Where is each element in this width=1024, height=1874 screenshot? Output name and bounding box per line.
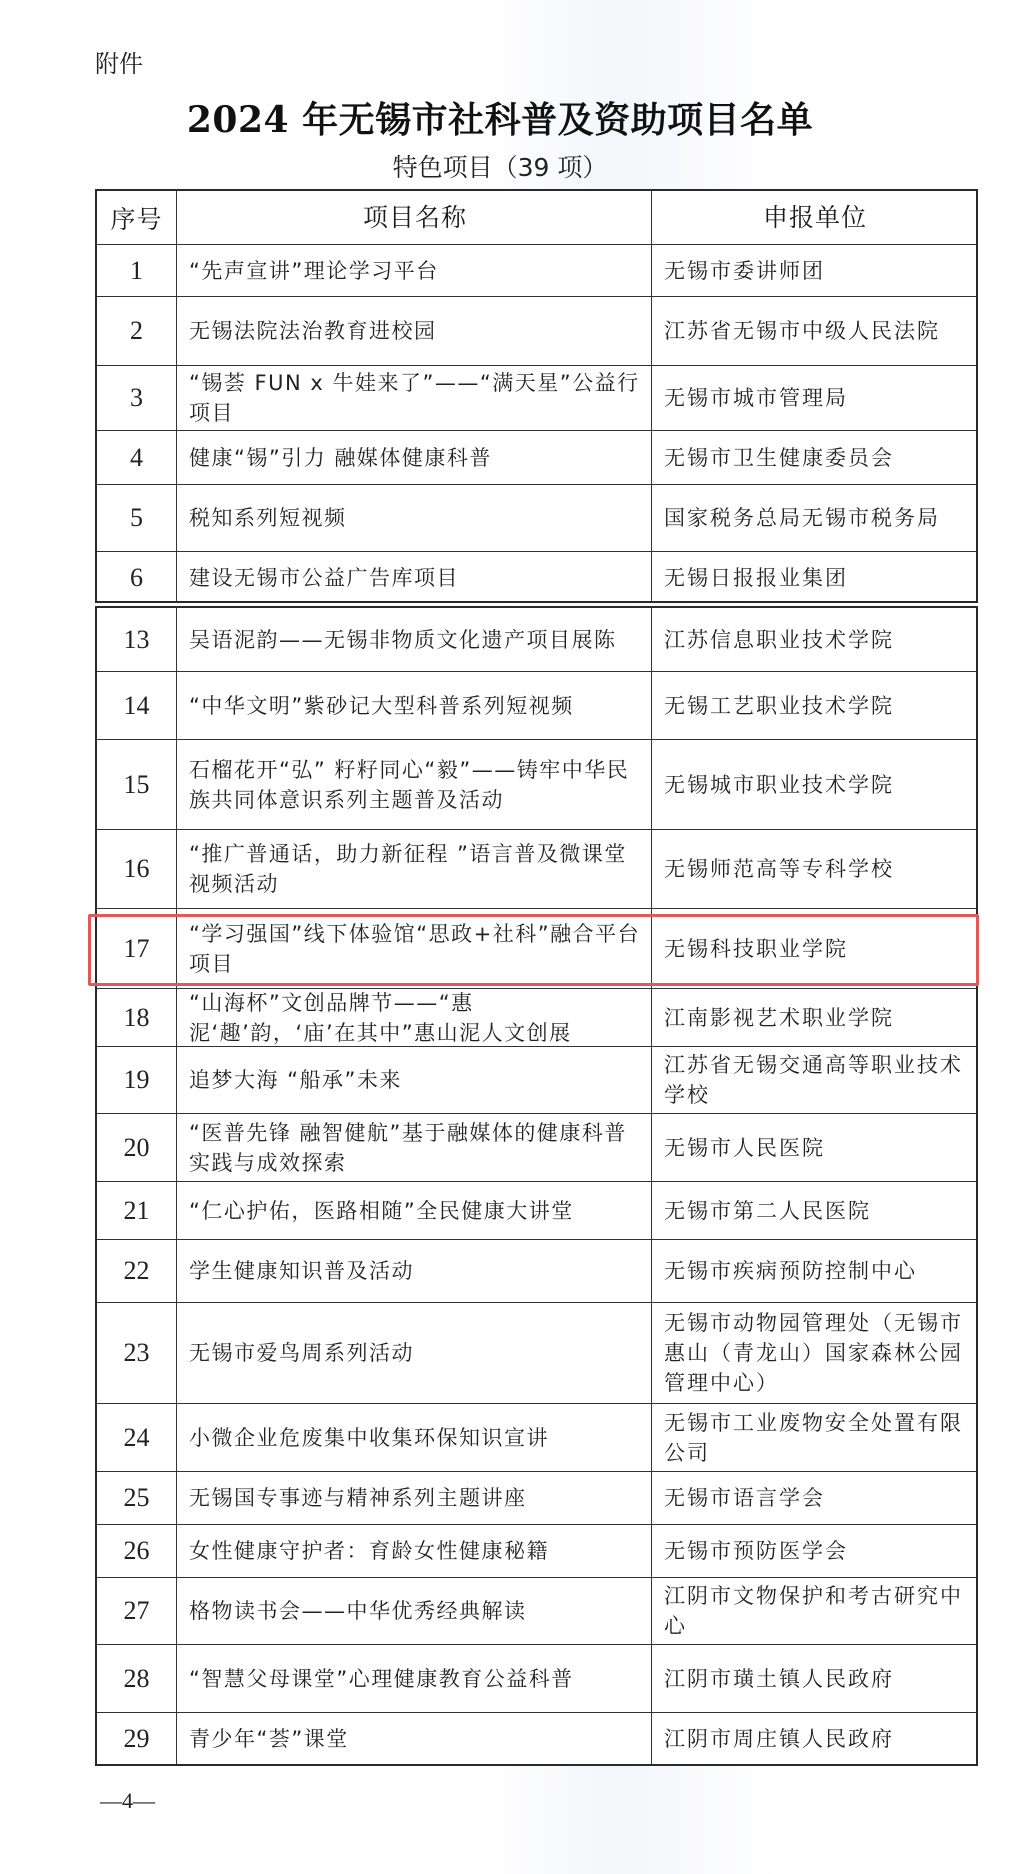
row-project-name: “医普先锋 融智健航”基于融媒体的健康科普实践与成效探索 — [177, 1114, 652, 1181]
table-row: 16 “推广普通话，助力新征程 ”语言普及微课堂视频活动 无锡师范高等专科学校 — [97, 830, 976, 909]
row-applicant-unit: 江南影视艺术职业学院 — [652, 989, 976, 1046]
row-no: 26 — [97, 1525, 177, 1577]
row-project-name: 税知系列短视频 — [177, 485, 652, 551]
row-no: 28 — [97, 1645, 177, 1712]
row-no: 16 — [97, 830, 177, 908]
row-applicant-unit: 无锡市工业废物安全处置有限公司 — [652, 1404, 976, 1471]
document-subtitle: 特色项目（39 项） — [0, 148, 1000, 184]
row-project-name: 小微企业危废集中收集环保知识宣讲 — [177, 1404, 652, 1471]
attachment-label: 附件 — [95, 44, 143, 79]
row-applicant-unit: 无锡市委讲师团 — [652, 245, 976, 296]
row-applicant-unit: 江苏信息职业技术学院 — [652, 608, 976, 671]
row-no: 25 — [97, 1472, 177, 1524]
table-row: 21 “仁心护佑，医路相随”全民健康大讲堂 无锡市第二人民医院 — [97, 1182, 976, 1240]
row-project-name: “山海杯”文创品牌节——“惠泥‘趣’韵，‘庙’在其中”惠山泥人文创展 — [177, 989, 652, 1046]
row-no: 1 — [97, 245, 177, 296]
table-row: 15 石榴花开“弘” 籽籽同心“毅”——铸牢中华民族共同体意识系列主题普及活动 … — [97, 740, 976, 830]
row-no: 21 — [97, 1182, 177, 1239]
row-no: 4 — [97, 431, 177, 484]
table-row: 5 税知系列短视频 国家税务总局无锡市税务局 — [97, 485, 976, 552]
table-row: 22 学生健康知识普及活动 无锡市疾病预防控制中心 — [97, 1240, 976, 1303]
row-no: 6 — [97, 552, 177, 603]
row-applicant-unit: 无锡市动物园管理处（无锡市惠山（青龙山）国家森林公园管理中心） — [652, 1303, 976, 1403]
row-project-name: 女性健康守护者：育龄女性健康秘籍 — [177, 1525, 652, 1577]
table-row: 14 “中华文明”紫砂记大型科普系列短视频 无锡工艺职业技术学院 — [97, 672, 976, 740]
row-project-name: “学习强国”线下体验馆“思政+社科”融合平台项目 — [177, 909, 652, 988]
row-applicant-unit: 江阴市璜土镇人民政府 — [652, 1645, 976, 1712]
page-number: —4— — [100, 1788, 155, 1814]
table-row: 19 追梦大海 “船承”未来 江苏省无锡交通高等职业技术学校 — [97, 1047, 976, 1114]
row-project-name: 无锡法院法治教育进校园 — [177, 297, 652, 365]
table-row: 2 无锡法院法治教育进校园 江苏省无锡市中级人民法院 — [97, 297, 976, 366]
table-row: 20 “医普先锋 融智健航”基于融媒体的健康科普实践与成效探索 无锡市人民医院 — [97, 1114, 976, 1182]
header-name: 项目名称 — [177, 191, 652, 244]
table-row: 26 女性健康守护者：育龄女性健康秘籍 无锡市预防医学会 — [97, 1525, 976, 1578]
row-no: 27 — [97, 1578, 177, 1644]
row-project-name: 格物读书会——中华优秀经典解读 — [177, 1578, 652, 1644]
row-project-name: 健康“锡”引力 融媒体健康科普 — [177, 431, 652, 484]
row-no: 23 — [97, 1303, 177, 1403]
row-project-name: “推广普通话，助力新征程 ”语言普及微课堂视频活动 — [177, 830, 652, 908]
table-row: 13 吴语泥韵——无锡非物质文化遗产项目展陈 江苏信息职业技术学院 — [97, 608, 976, 672]
row-no: 13 — [97, 608, 177, 671]
row-no: 15 — [97, 740, 177, 829]
document-title: 2024 年无锡市社科普及资助项目名单 — [0, 92, 1000, 143]
row-applicant-unit: 无锡科技职业学院 — [652, 909, 976, 988]
project-table-part-1: 序号 项目名称 申报单位 1 “先声宣讲”理论学习平台 无锡市委讲师团 2 无锡… — [95, 189, 978, 603]
row-applicant-unit: 江苏省无锡交通高等职业技术学校 — [652, 1047, 976, 1113]
row-project-name: 吴语泥韵——无锡非物质文化遗产项目展陈 — [177, 608, 652, 671]
header-unit: 申报单位 — [652, 191, 976, 244]
row-applicant-unit: 国家税务总局无锡市税务局 — [652, 485, 976, 551]
table-row: 29 青少年“荟”课堂 江阴市周庄镇人民政府 — [97, 1713, 976, 1764]
table-row: 3 “锡荟 FUN x 牛娃来了”——“满天星”公益行项目 无锡市城市管理局 — [97, 366, 976, 431]
table-row: 27 格物读书会——中华优秀经典解读 江阴市文物保护和考古研究中心 — [97, 1578, 976, 1645]
row-project-name: “仁心护佑，医路相随”全民健康大讲堂 — [177, 1182, 652, 1239]
table-header-row: 序号 项目名称 申报单位 — [97, 191, 976, 245]
row-project-name: “中华文明”紫砂记大型科普系列短视频 — [177, 672, 652, 739]
row-applicant-unit: 无锡市预防医学会 — [652, 1525, 976, 1577]
row-applicant-unit: 无锡城市职业技术学院 — [652, 740, 976, 829]
row-no: 18 — [97, 989, 177, 1046]
row-applicant-unit: 无锡工艺职业技术学院 — [652, 672, 976, 739]
table-row: 18 “山海杯”文创品牌节——“惠泥‘趣’韵，‘庙’在其中”惠山泥人文创展 江南… — [97, 989, 976, 1047]
row-no: 29 — [97, 1713, 177, 1764]
row-no: 22 — [97, 1240, 177, 1302]
row-no: 20 — [97, 1114, 177, 1181]
row-project-name: 追梦大海 “船承”未来 — [177, 1047, 652, 1113]
table-row: 25 无锡国专事迹与精神系列主题讲座 无锡市语言学会 — [97, 1472, 976, 1525]
row-applicant-unit: 江苏省无锡市中级人民法院 — [652, 297, 976, 365]
row-project-name: “先声宣讲”理论学习平台 — [177, 245, 652, 296]
row-project-name: “智慧父母课堂”心理健康教育公益科普 — [177, 1645, 652, 1712]
table-row: 1 “先声宣讲”理论学习平台 无锡市委讲师团 — [97, 245, 976, 297]
row-applicant-unit: 无锡市卫生健康委员会 — [652, 431, 976, 484]
row-project-name: 无锡国专事迹与精神系列主题讲座 — [177, 1472, 652, 1524]
row-no: 19 — [97, 1047, 177, 1113]
table-row: 6 建设无锡市公益广告库项目 无锡日报报业集团 — [97, 552, 976, 603]
table-row: 23 无锡市爱鸟周系列活动 无锡市动物园管理处（无锡市惠山（青龙山）国家森林公园… — [97, 1303, 976, 1404]
row-project-name: 建设无锡市公益广告库项目 — [177, 552, 652, 603]
row-project-name: “锡荟 FUN x 牛娃来了”——“满天星”公益行项目 — [177, 366, 652, 430]
row-no: 24 — [97, 1404, 177, 1471]
row-applicant-unit: 无锡师范高等专科学校 — [652, 830, 976, 908]
row-no: 5 — [97, 485, 177, 551]
row-project-name: 无锡市爱鸟周系列活动 — [177, 1303, 652, 1403]
row-no: 2 — [97, 297, 177, 365]
row-applicant-unit: 无锡市人民医院 — [652, 1114, 976, 1181]
row-applicant-unit: 江阴市周庄镇人民政府 — [652, 1713, 976, 1764]
row-no: 3 — [97, 366, 177, 430]
row-no: 14 — [97, 672, 177, 739]
table-row-highlighted: 17 “学习强国”线下体验馆“思政+社科”融合平台项目 无锡科技职业学院 — [97, 909, 976, 989]
row-applicant-unit: 无锡市城市管理局 — [652, 366, 976, 430]
row-applicant-unit: 江阴市文物保护和考古研究中心 — [652, 1578, 976, 1644]
row-applicant-unit: 无锡市第二人民医院 — [652, 1182, 976, 1239]
table-row: 24 小微企业危废集中收集环保知识宣讲 无锡市工业废物安全处置有限公司 — [97, 1404, 976, 1472]
header-no: 序号 — [97, 191, 177, 244]
row-project-name: 石榴花开“弘” 籽籽同心“毅”——铸牢中华民族共同体意识系列主题普及活动 — [177, 740, 652, 829]
table-row: 28 “智慧父母课堂”心理健康教育公益科普 江阴市璜土镇人民政府 — [97, 1645, 976, 1713]
row-applicant-unit: 无锡日报报业集团 — [652, 552, 976, 603]
row-applicant-unit: 无锡市疾病预防控制中心 — [652, 1240, 976, 1302]
row-no: 17 — [97, 909, 177, 988]
row-project-name: 青少年“荟”课堂 — [177, 1713, 652, 1764]
project-table-part-2: 13 吴语泥韵——无锡非物质文化遗产项目展陈 江苏信息职业技术学院 14 “中华… — [95, 606, 978, 1766]
row-applicant-unit: 无锡市语言学会 — [652, 1472, 976, 1524]
row-project-name: 学生健康知识普及活动 — [177, 1240, 652, 1302]
table-row: 4 健康“锡”引力 融媒体健康科普 无锡市卫生健康委员会 — [97, 431, 976, 485]
